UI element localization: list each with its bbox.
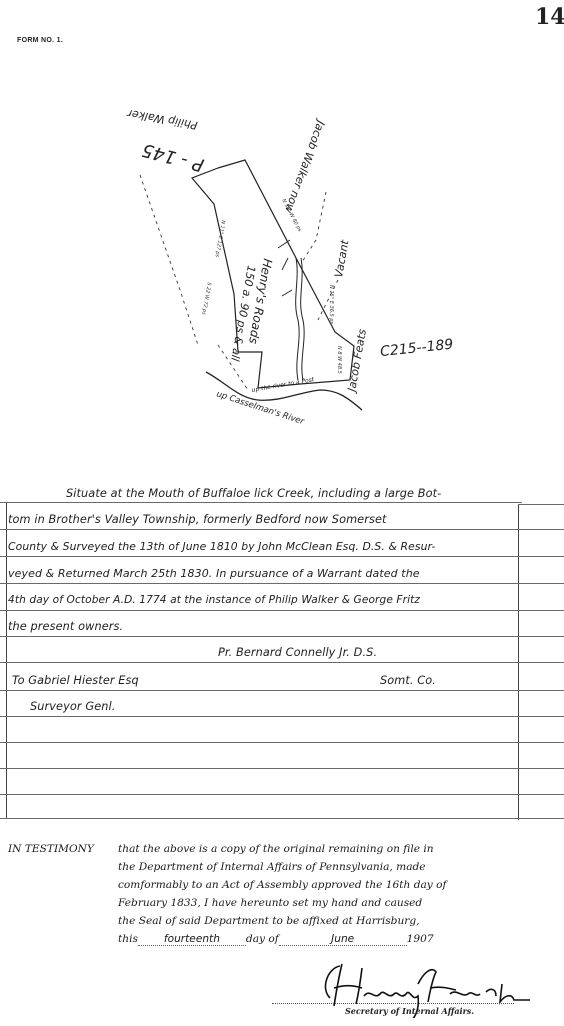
ledger-rule: [0, 556, 564, 557]
adjoiner-philip-walker: Philip Walker: [125, 106, 199, 131]
adjoiner-vacant: Vacant: [332, 239, 351, 279]
survey-drawing: Philip Walker Jacob Walker now Vacant Ja…: [0, 0, 564, 470]
ledger-rule: [0, 716, 564, 717]
ledger-rule: [0, 742, 564, 743]
date-prefix: this: [118, 933, 138, 945]
testimony-line-5: the Seal of said Department to be affixe…: [118, 915, 420, 927]
deputy-surveyor-signature: Pr. Bernard Connelly Jr. D.S.: [218, 646, 377, 659]
ledger-rule: [0, 794, 564, 795]
testimony-line-2: the Department of Internal Affairs of Pe…: [118, 861, 426, 873]
ledger-line-4: veyed & Returned March 25th 1830. In pur…: [8, 567, 420, 580]
river-label-upper: up the river to a Post: [251, 376, 315, 394]
date-year: 1907: [407, 933, 434, 945]
testimony-line-3: comformably to an Act of Assembly approv…: [118, 879, 446, 891]
date-day: fourteenth: [138, 933, 246, 946]
ledger-line-3: County & Surveyed the 13th of June 1810 …: [8, 540, 435, 553]
ledger-rule: [0, 690, 564, 691]
ledger-rule: [0, 768, 564, 769]
date-month: June: [279, 933, 407, 946]
ledger-left-rule: [6, 502, 7, 818]
adjoiner-jacob-feats: Jacob Feats: [345, 328, 369, 395]
addressee: To Gabriel Hiester Esq: [12, 674, 139, 687]
ledger-rule: [0, 529, 564, 530]
testimony-heading: IN TESTIMONY: [8, 843, 94, 855]
catalog-number: C215--189: [379, 337, 454, 361]
ledger-rule: [0, 583, 564, 584]
ledger-line-2: tom in Brother's Valley Township, former…: [8, 513, 387, 526]
creek-line: [296, 258, 299, 380]
ledger-rule: [518, 504, 564, 505]
river-line: [206, 372, 362, 410]
ledger-rule: [0, 662, 564, 663]
date-day-of: day of: [246, 933, 279, 945]
ledger-line-5: 4th day of October A.D. 1774 at the inst…: [8, 594, 420, 606]
ledger-line-6: the present owners.: [8, 620, 123, 633]
bearing-label: N 15° E 36.5 ps: [328, 285, 334, 324]
ledger-rule: [0, 502, 522, 503]
testimony-line-4: February 1833, I have hereunto set my ha…: [118, 897, 422, 909]
survey-description-ledger: Situate at the Mouth of Buffaloe lick Cr…: [0, 480, 564, 820]
county-label: Somt. Co.: [380, 674, 436, 687]
signature-line: [272, 1003, 514, 1004]
ledger-line-1: Situate at the Mouth of Buffaloe lick Cr…: [66, 487, 441, 500]
bearing-label: N 11° E 127 ps: [213, 220, 225, 258]
adjoiner-jacob-walker: Jacob Walker now: [282, 117, 328, 215]
testimony-line-1: that the above is a copy of the original…: [118, 843, 434, 855]
ledger-rule: [0, 636, 564, 637]
book-mark: P - 145: [140, 139, 206, 176]
signature-caption: Secretary of Internal Affairs.: [345, 1006, 474, 1016]
bearing-label: S 22 W 72 ps: [200, 282, 212, 316]
ledger-rule: [0, 610, 564, 611]
addressee-title: Surveyor Genl.: [30, 700, 115, 713]
river-label-lower: up Casselman's River: [215, 389, 306, 427]
bearing-label: N 8 W 48.5: [336, 346, 342, 374]
ledger-rule: [0, 818, 564, 819]
testimony-date-line: thisfourteenthday ofJune1907: [118, 933, 434, 946]
